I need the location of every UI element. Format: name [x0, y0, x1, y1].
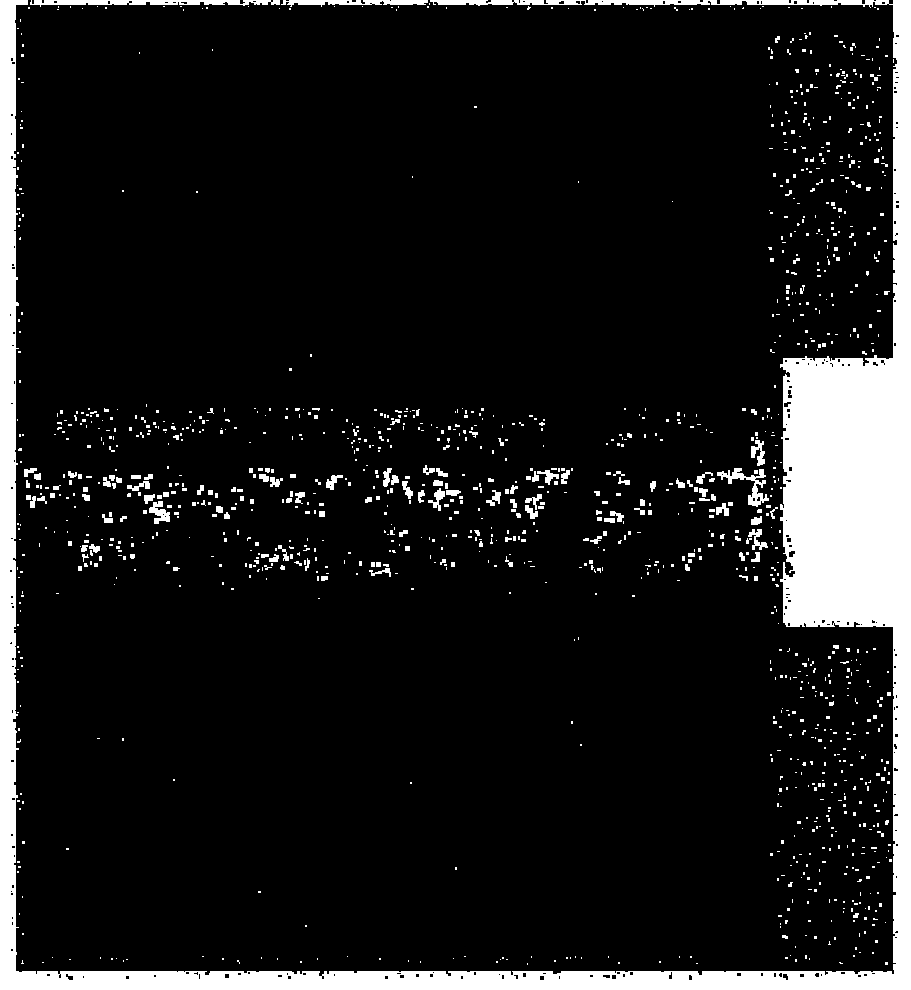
micrograph-figure	[0, 0, 911, 990]
noise-layer-band-lower	[0, 0, 911, 990]
noise-layer-notch-top-edge-black	[0, 0, 911, 990]
noise-layer-notch-left-edge-black	[0, 0, 911, 990]
noise-layer-top-right-block	[0, 0, 911, 990]
noise-layer-notch-left-inner-white	[0, 0, 911, 990]
noise-layer-notch-bottom-edge-black	[0, 0, 911, 990]
noise-layer-vertical-strip	[0, 0, 911, 990]
noise-layer-scatter-lower-area	[0, 0, 911, 990]
noise-layer-right-margin-fray-top	[0, 0, 911, 990]
noise-layer-right-margin-fray-bottom	[0, 0, 911, 990]
noise-layer-left-margin-fray-black	[0, 0, 911, 990]
noise-layer-left-edge-fray-white	[0, 0, 911, 990]
noise-layer-notch-edge-blob-black	[0, 0, 911, 990]
noise-layer-bottom-right-block	[0, 0, 911, 990]
noise-layer-bottom-margin-fray-black	[0, 0, 911, 990]
noise-layer-band-sparse-fill	[0, 0, 911, 990]
noise-layer-top-margin-fray-black	[0, 0, 911, 990]
noise-layer-band-upper	[0, 0, 911, 990]
noise-layer-top-edge-fray-white	[0, 0, 911, 990]
noise-layer-band-middle-dense	[0, 0, 911, 990]
noise-layer-bottom-edge-fray-white	[0, 0, 911, 990]
speckle-noise-layers	[0, 0, 911, 990]
noise-layer-scatter-upper-area	[0, 0, 911, 990]
